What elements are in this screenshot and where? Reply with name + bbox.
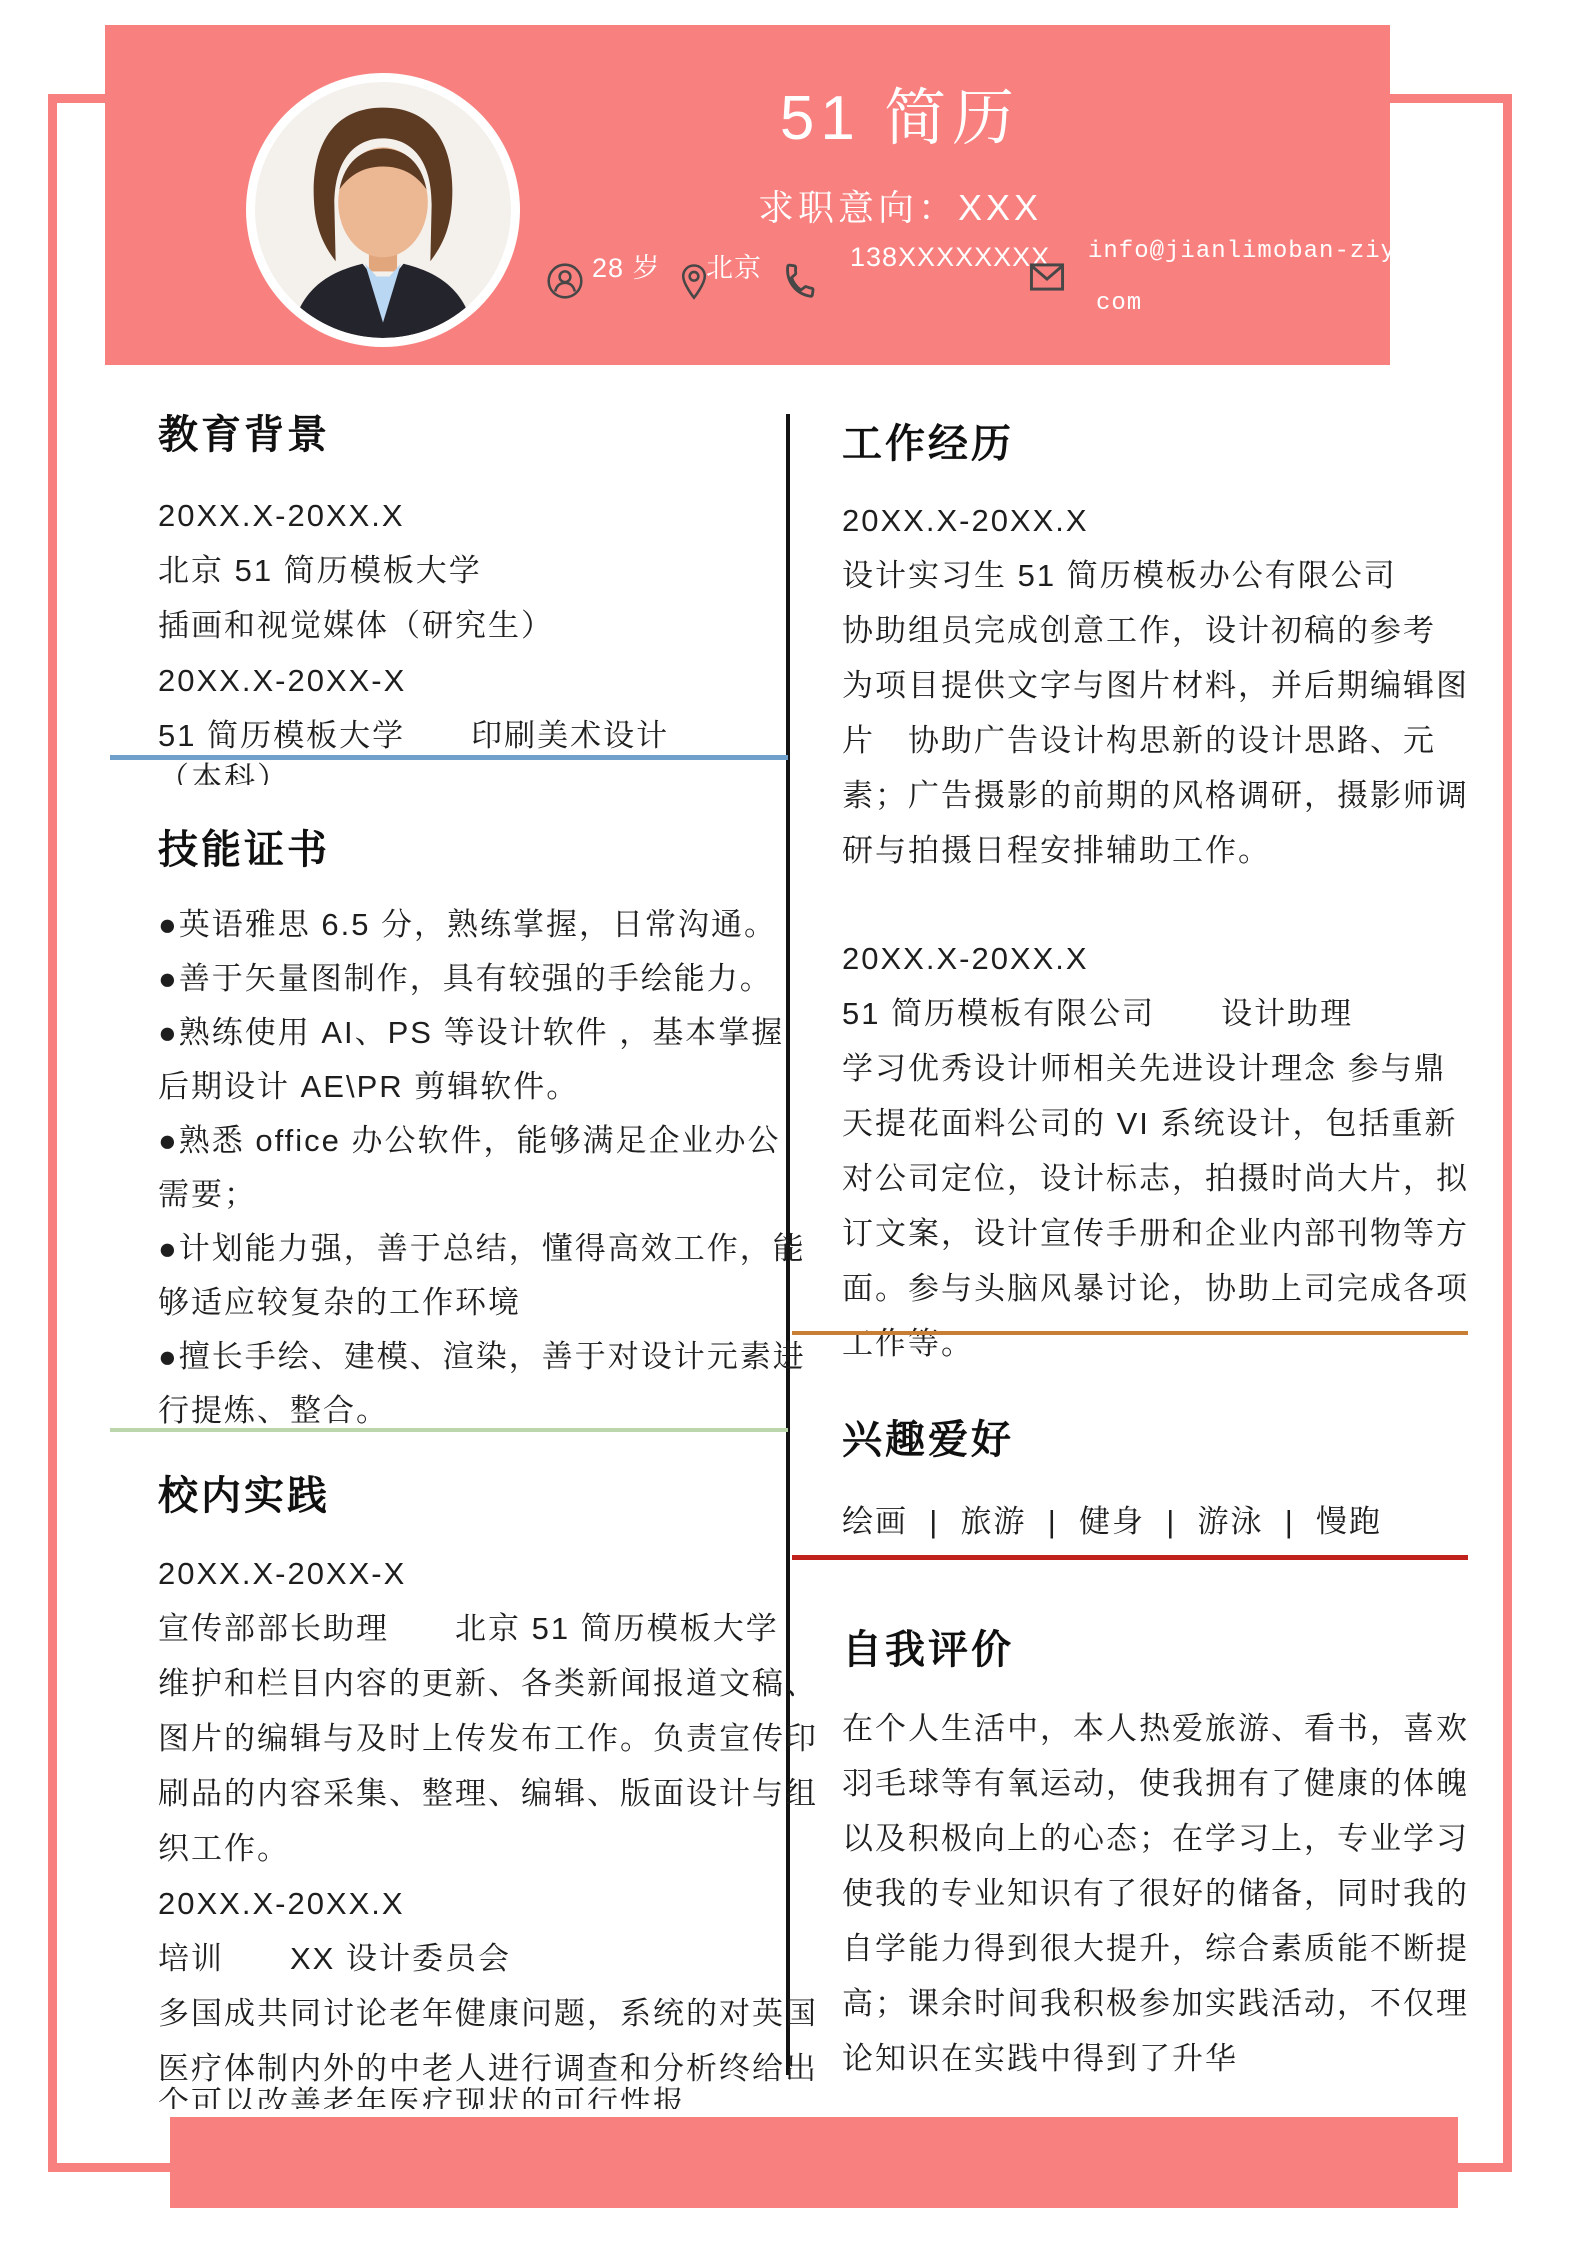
education-clipped-line: （本科）: [158, 762, 658, 785]
phone-icon: [778, 262, 818, 302]
phone-text: 138XXXXXXXX: [850, 242, 1050, 273]
skills-section: ●英语雅思 6.5 分，熟练掌握，日常沟通。 ●善于矢量图制作，具有较强的手绘能…: [158, 898, 828, 1438]
skills-divider-line: [110, 1428, 788, 1432]
text-line: ●熟练使用 AI、PS 等设计软件 ，基本掌握: [158, 1006, 828, 1060]
text-line: 够适应较复杂的工作环境: [158, 1276, 828, 1330]
person-icon: [546, 262, 584, 300]
avatar: [246, 73, 520, 347]
text-line: 以及积极向上的心态；在学习上，专业学习: [842, 1811, 1512, 1866]
portrait-illustration: [255, 82, 511, 338]
text-line: 协助组员完成创意工作，设计初稿的参考: [842, 603, 1512, 658]
practice-clipped-line: 个可以改善老年医疗现状的可行性报: [158, 2085, 818, 2109]
text-line: 后期设计 AE\PR 剪辑软件。: [158, 1060, 828, 1114]
text-line: 20XX.X-20XX.X: [158, 488, 828, 543]
education-divider-line: [110, 755, 788, 760]
text-line: ●善于矢量图制作，具有较强的手绘能力。: [158, 952, 828, 1006]
interests-divider-line: [792, 1555, 1468, 1560]
text-line: ●擅长手绘、建模、渲染，善于对设计元素进: [158, 1330, 828, 1384]
section-heading-skills: 技能证书: [158, 818, 330, 875]
section-heading-education: 教育背景: [158, 403, 330, 460]
practice-section: 20XX.X-20XX-X 宣传部部长助理 北京 51 简历模板大学 维护和栏目…: [158, 1546, 828, 2096]
email-icon: [1026, 258, 1068, 296]
text-line: 多国成共同讨论老年健康问题，系统的对英国: [158, 1986, 828, 2041]
resume-title: 51 简历: [600, 84, 1200, 154]
text-line: 20XX.X-20XX.X: [158, 1876, 828, 1931]
work-job1: 20XX.X-20XX.X 设计实习生 51 简历模板办公有限公司 协助组员完成…: [842, 493, 1512, 878]
text-line: 面。参与头脑风暴讨论，协助上司完成各项: [842, 1261, 1512, 1316]
text-line: 插画和视觉媒体（研究生）: [158, 598, 828, 653]
text-line: 订文案，设计宣传手册和企业内部刊物等方: [842, 1206, 1512, 1261]
text-line: 北京 51 简历模板大学: [158, 543, 828, 598]
city-text: 北京: [706, 246, 762, 285]
section-heading-self-eval: 自我评价: [842, 1618, 1014, 1675]
text-line: 维护和栏目内容的更新、各类新闻报道文稿、: [158, 1656, 828, 1711]
work-divider-line: [792, 1331, 1468, 1335]
text-line: 设计实习生 51 简历模板办公有限公司: [842, 548, 1512, 603]
text-line: 天提花面料公司的 VI 系统设计，包括重新: [842, 1096, 1512, 1151]
text-line: ●熟悉 office 办公软件，能够满足企业办公: [158, 1114, 828, 1168]
text-line: 羽毛球等有氧运动，使我拥有了健康的体魄: [842, 1756, 1512, 1811]
text-line: 个可以改善老年医疗现状的可行性报: [158, 2085, 818, 2109]
text-line: 学习优秀设计师相关先进设计理念 参与鼎: [842, 1041, 1512, 1096]
text-line: 宣传部部长助理 北京 51 简历模板大学: [158, 1601, 828, 1656]
work-job2: 20XX.X-20XX.X 51 简历模板有限公司 设计助理 学习优秀设计师相关…: [842, 931, 1512, 1371]
education-section: 20XX.X-20XX.X 北京 51 简历模板大学 插画和视觉媒体（研究生） …: [158, 488, 828, 763]
text-line: 高；课余时间我积极参加实践活动，不仅理: [842, 1976, 1512, 2031]
text-line: 为项目提供文字与图片材料，并后期编辑图: [842, 658, 1512, 713]
text-line: 织工作。: [158, 1821, 828, 1876]
footer-band: [170, 2117, 1458, 2208]
self-eval-section: 在个人生活中，本人热爱旅游、看书，喜欢 羽毛球等有氧运动，使我拥有了健康的体魄 …: [842, 1701, 1512, 2075]
text-line: ●计划能力强，善于总结，懂得高效工作，能: [158, 1222, 828, 1276]
age-text: 28 岁: [592, 246, 661, 285]
email-text-line2: com: [1096, 290, 1142, 317]
text-line: 51 简历模板有限公司 设计助理: [842, 986, 1512, 1041]
text-line: ●英语雅思 6.5 分，熟练掌握，日常沟通。: [158, 898, 828, 952]
text-line: 工作等。: [842, 1316, 1512, 1371]
text-line: 20XX.X-20XX.X: [842, 931, 1512, 986]
section-heading-practice: 校内实践: [158, 1464, 330, 1521]
text-line: 研与拍摄日程安排辅助工作。: [842, 823, 1512, 878]
text-line: 图片的编辑与及时上传发布工作。负责宣传印: [158, 1711, 828, 1766]
text-line: 使我的专业知识有了很好的储备，同时我的: [842, 1866, 1512, 1921]
text-line: （本科）: [158, 762, 658, 785]
text-line: 培训 XX 设计委员会: [158, 1931, 828, 1986]
text-line: 20XX.X-20XX-X: [158, 1546, 828, 1601]
section-heading-interests: 兴趣爱好: [842, 1408, 1014, 1465]
text-line: 自学能力得到很大提升，综合素质能不断提: [842, 1921, 1512, 1976]
text-line: 需要；: [158, 1168, 828, 1222]
job-intent: 求职意向：XXX: [600, 180, 1200, 231]
text-line: 素；广告摄影的前期的风格调研，摄影师调: [842, 768, 1512, 823]
text-line: 片 协助广告设计构思新的设计思路、元: [842, 713, 1512, 768]
text-line: 20XX.X-20XX-X: [158, 653, 828, 708]
email-text-line1: info@jianlimoban-ziyuan: [1088, 238, 1442, 265]
interests-row: 绘画 | 旅游 | 健身 | 游泳 | 慢跑: [842, 1496, 1382, 1541]
text-line: 刷品的内容采集、整理、编辑、版面设计与组: [158, 1766, 828, 1821]
resume-page: 51 简历 求职意向：XXX 28 岁 北京 138XXXXXXXX info@…: [0, 0, 1587, 2245]
text-line: 在个人生活中，本人热爱旅游、看书，喜欢: [842, 1701, 1512, 1756]
text-line: 论知识在实践中得到了升华: [842, 2031, 1512, 2075]
text-line: 对公司定位，设计标志，拍摄时尚大片，拟: [842, 1151, 1512, 1206]
text-line: 20XX.X-20XX.X: [842, 493, 1512, 548]
section-heading-work: 工作经历: [842, 412, 1014, 469]
